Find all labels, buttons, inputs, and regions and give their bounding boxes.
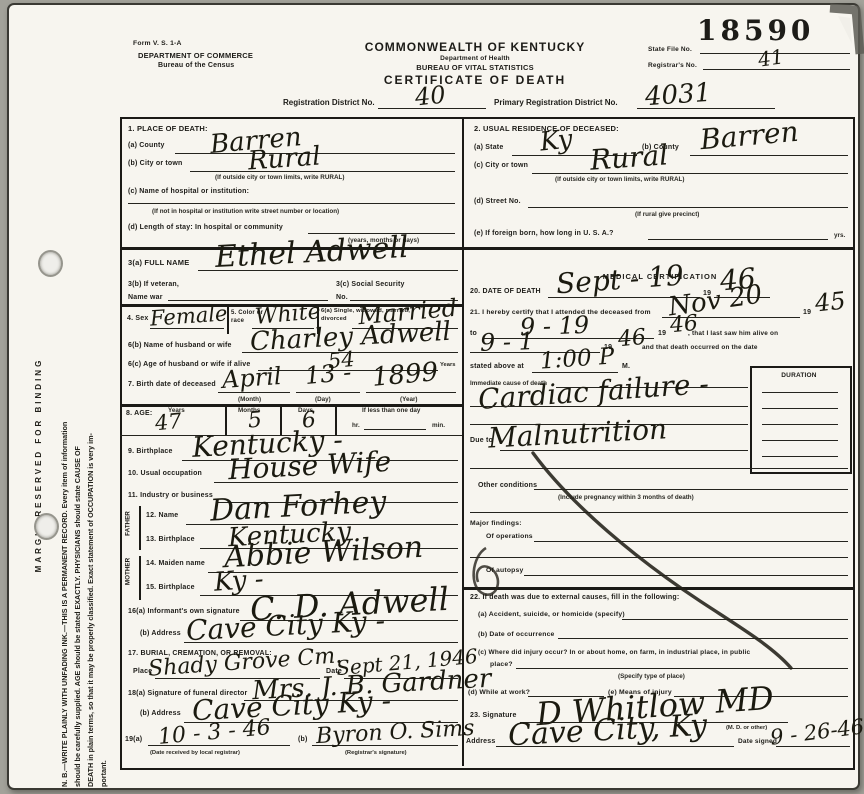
page-corner-fold-inner — [838, 16, 852, 44]
pen-strike-stroke — [533, 453, 791, 668]
scanned-death-certificate: N. B.—WRITE PLAINLY WITH UNFADING INK.—T… — [0, 0, 864, 794]
scan-artifacts — [0, 0, 864, 794]
page-corner-fold — [830, 8, 860, 54]
stray-pen-loop — [474, 548, 498, 595]
